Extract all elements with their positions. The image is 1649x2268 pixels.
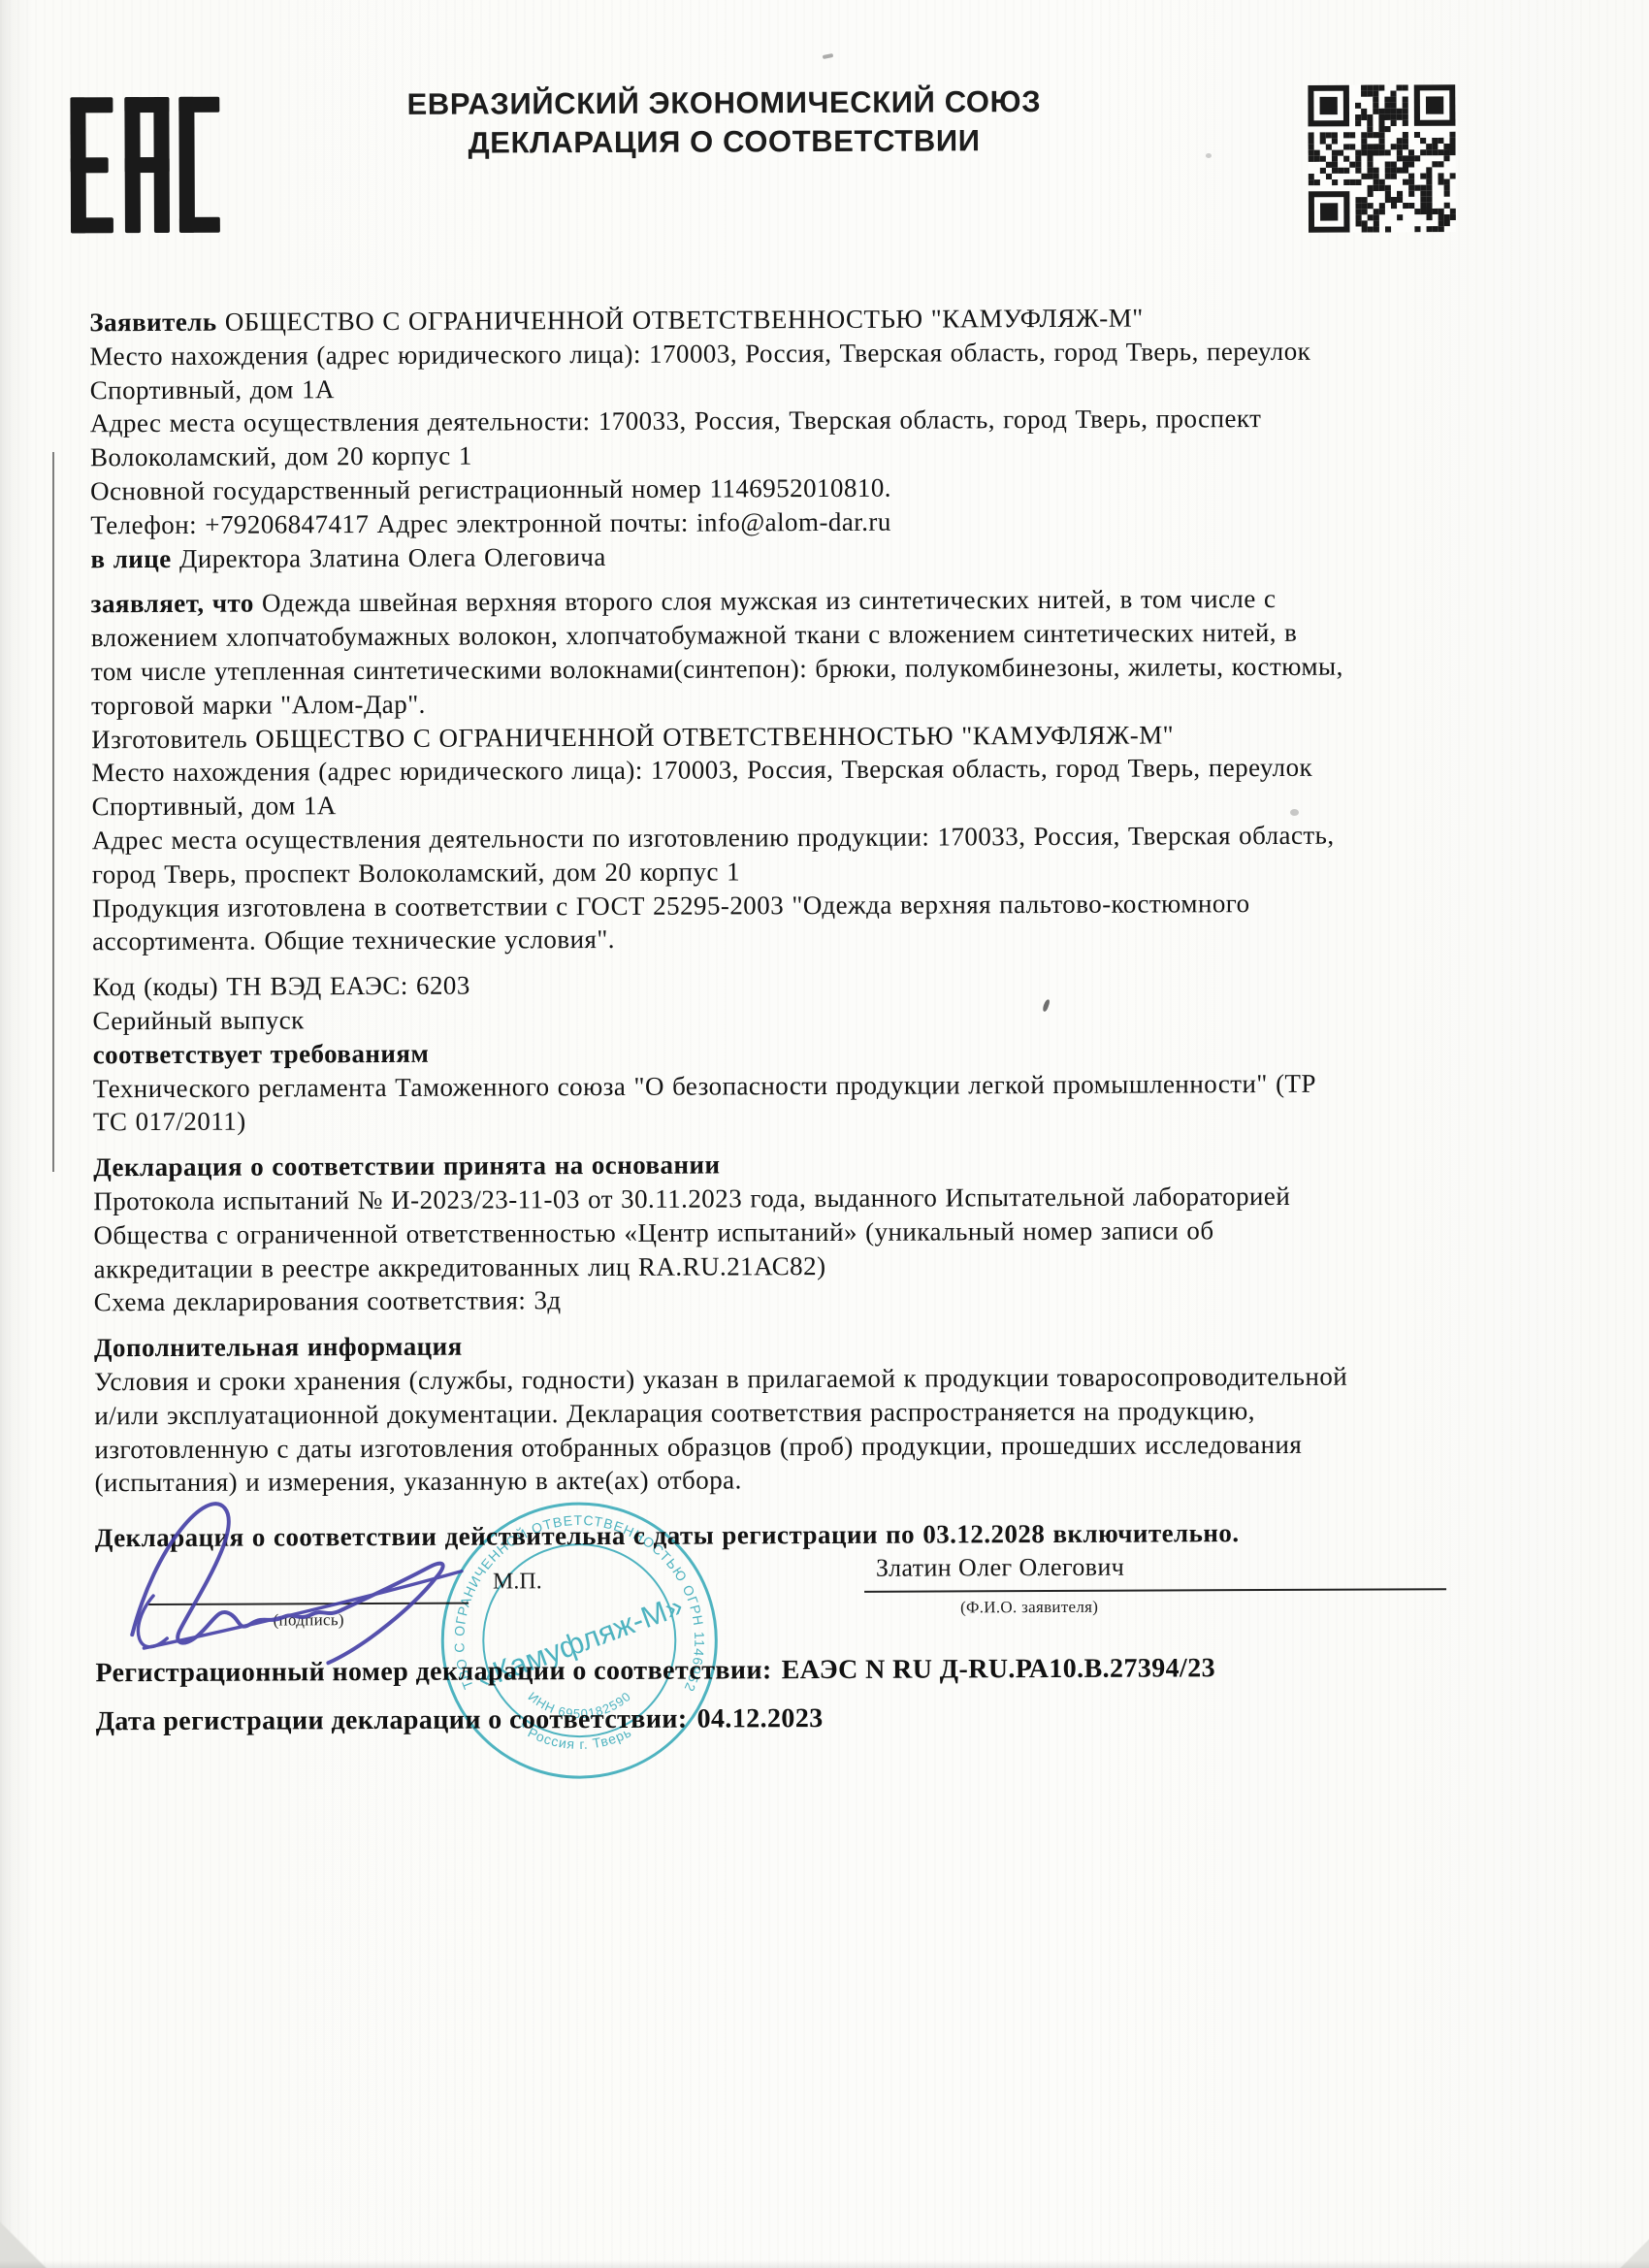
- document-text-line: Условия и сроки хранения (службы, годнос…: [94, 1359, 1530, 1399]
- scanned-content: ЕВРАЗИЙСКИЙ ЭКОНОМИЧЕСКИЙ СОЮЗ ДЕКЛАРАЦИ…: [0, 0, 1649, 2268]
- union-title: ЕВРАЗИЙСКИЙ ЭКОНОМИЧЕСКИЙ СОЮЗ: [307, 82, 1141, 125]
- document-text-line: Место нахождения (адрес юридического лиц…: [89, 334, 1525, 373]
- document-text-line: ТС 017/2011): [93, 1099, 1529, 1139]
- document-header: ЕВРАЗИЙСКИЙ ЭКОНОМИЧЕСКИЙ СОЮЗ ДЕКЛАРАЦИ…: [307, 82, 1141, 164]
- eac-mark-logo: [70, 96, 220, 235]
- document-text-line: Место нахождения (адрес юридического лиц…: [91, 750, 1527, 790]
- document-text-line: Адрес места осуществления деятельности п…: [92, 818, 1528, 858]
- fio-rule: [864, 1588, 1446, 1593]
- registration-number-value: ЕАЭС N RU Д-RU.РА10.В.27394/23: [782, 1653, 1215, 1685]
- applicant-name: Златин Олег Олегович: [876, 1552, 1342, 1583]
- document-text-line: в лице Директора Златина Олега Олеговича: [90, 535, 1526, 575]
- document-text-line: Технического регламента Таможенного союз…: [93, 1065, 1529, 1105]
- document-text-line: ассортимента. Общие технические условия"…: [92, 919, 1528, 958]
- document-text-line: том числе утепленная синтетическими воло…: [91, 649, 1527, 689]
- handwritten-signature: [103, 1480, 476, 1678]
- qr-code-icon: [1308, 84, 1456, 233]
- stamp-inn-text: ИНН 6950182590: [526, 1689, 634, 1722]
- stamp-center-text: «Камуфляж-М»: [472, 1588, 688, 1695]
- document-text-line: Схема декларирования соответствия: 3д: [94, 1280, 1530, 1319]
- declaration-document-page: ЕВРАЗИЙСКИЙ ЭКОНОМИЧЕСКИЙ СОЮЗ ДЕКЛАРАЦИ…: [0, 0, 1649, 2268]
- svg-text:ИНН 6950182590: ИНН 6950182590: [526, 1689, 634, 1722]
- document-title: ДЕКЛАРАЦИЯ О СООТВЕТСТВИИ: [307, 121, 1141, 164]
- declaration-body-text: Заявитель ОБЩЕСТВО С ОГРАНИЧЕННОЙ ОТВЕТС…: [89, 300, 1531, 1555]
- stamp-bottom-text: * Россия г. Тверь *: [516, 1719, 644, 1753]
- svg-text:* Россия г. Тверь *: * Россия г. Тверь *: [516, 1719, 644, 1753]
- company-round-stamp: ОБЩЕСТВО С ОГРАНИЧЕННОЙ ОТВЕТСТВЕННОСТЬЮ…: [434, 1494, 726, 1786]
- fio-caption: (Ф.И.О. заявителя): [864, 1597, 1194, 1617]
